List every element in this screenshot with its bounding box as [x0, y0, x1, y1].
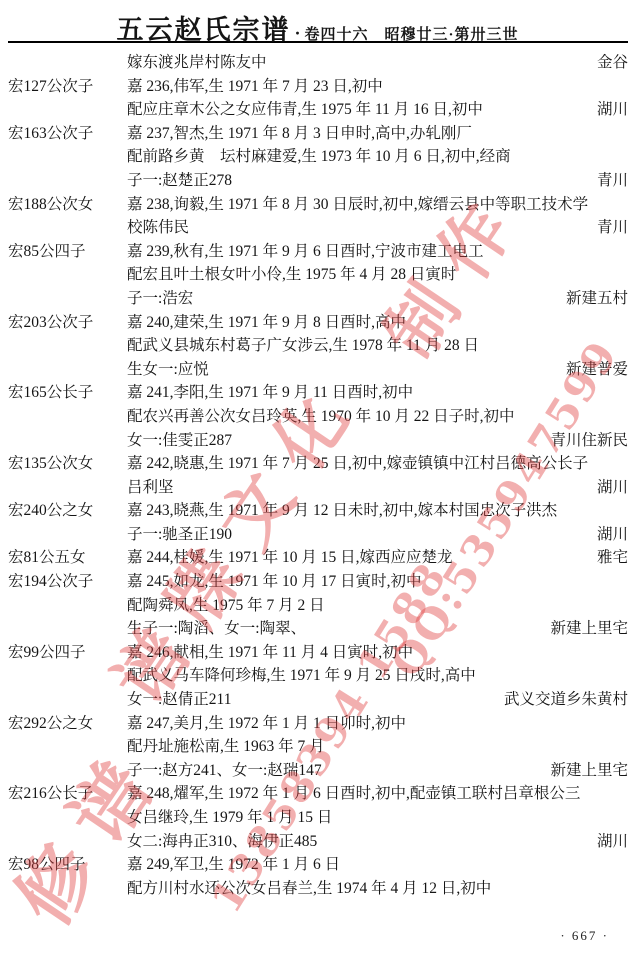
entry-row: 宏127公次子 嘉 236,伟军,生 1971 年 7 月 23 日,初中	[8, 75, 628, 99]
entry-row: 校陈伟民 青川	[8, 216, 628, 240]
residence-label: 金谷	[589, 51, 628, 75]
entry-row: 宏85公四子 嘉 239,秋有,生 1971 年 9 月 6 日酉时,宁波市建工…	[8, 240, 628, 264]
generation-label: 宏163公次子	[8, 122, 127, 146]
entry-row: 配武义县城东村葛子广女涉云,生 1978 年 11 月 28 日	[8, 334, 628, 358]
entry-text: 女一:佳雯正287	[127, 429, 232, 453]
volume-subtitle: 卷四十六 昭穆廿三·第卅三世	[305, 27, 519, 43]
generation-label: 宏194公次子	[8, 570, 127, 594]
entry-text: 生子一:陶滔、女一:陶翠、	[127, 617, 306, 641]
generation-label: 宏98公四子	[8, 853, 127, 877]
entry-row: 嫁东渡兆岸村陈友中 金谷	[8, 51, 628, 75]
entry-text: 配前路乡黄 坛村麻建爱,生 1973 年 10 月 6 日,初中,经商	[127, 145, 511, 169]
generation-label: 宏203公次子	[8, 311, 127, 335]
entry-text: 嘉 247,美月,生 1972 年 1 月 1 日卯时,初中	[127, 712, 406, 736]
entry-text: 配宏且叶土根女叶小伶,生 1975 年 4 月 28 日寅时	[127, 263, 456, 287]
entry-row: 宏188公次女 嘉 238,询毅,生 1971 年 8 月 30 日辰时,初中,…	[8, 193, 628, 217]
entry-row: 子一:赵方241、女一:赵瑞147 新建上里宅	[8, 759, 628, 783]
entry-row: 女一:佳雯正287 青川住新民	[8, 429, 628, 453]
entry-text: 嘉 242,晓惠,生 1971 年 7 月 25 日,初中,嫁壶镇镇中江村吕德高…	[127, 452, 588, 476]
residence-label: 青川	[589, 216, 628, 240]
entries-list: 嫁东渡兆岸村陈友中 金谷 宏127公次子 嘉 236,伟军,生 1971 年 7…	[8, 51, 628, 900]
entry-row: 配应庄章木公之女应伟青,生 1975 年 11 月 16 日,初中 湖川	[8, 98, 628, 122]
entry-text: 嘉 238,询毅,生 1971 年 8 月 30 日辰时,初中,嫁缙云县中等职工…	[127, 193, 588, 217]
entry-row: 配丹址施松南,生 1963 年 7 月	[8, 735, 628, 759]
generation-label: 宏240公之女	[8, 499, 127, 523]
residence-label: 新建上里宅	[542, 617, 628, 641]
residence-label: 新建普爱	[558, 358, 628, 382]
entry-text: 子一:赵楚正278	[127, 169, 232, 193]
entry-text: 嘉 236,伟军,生 1971 年 7 月 23 日,初中	[127, 75, 383, 99]
residence-label: 新建上里宅	[542, 759, 628, 783]
entry-row: 女一:赵倩正211 武义交道乡朱黄村	[8, 688, 628, 712]
entry-row: 宏292公之女 嘉 247,美月,生 1972 年 1 月 1 日卯时,初中	[8, 712, 628, 736]
residence-label: 武义交道乡朱黄村	[496, 688, 628, 712]
entry-text: 嘉 239,秋有,生 1971 年 9 月 6 日酉时,宁波市建工电工	[127, 240, 484, 264]
entry-row: 生女一:应悦 新建普爱	[8, 358, 628, 382]
page-number: · 667 ·	[560, 928, 609, 944]
entry-row: 子一:赵楚正278 青川	[8, 169, 628, 193]
generation-label: 宏216公长子	[8, 782, 127, 806]
entry-text: 配陶舜凤,生 1975 年 7 月 2 日	[127, 594, 325, 618]
genealogy-title: 五云赵氏宗谱	[116, 15, 290, 45]
entry-row: 子一:浩宏 新建五村	[8, 287, 628, 311]
entry-row: 配农兴再善公次女吕玲英,生 1970 年 10 月 22 日子时,初中	[8, 405, 628, 429]
residence-label: 湖川	[589, 98, 628, 122]
entry-text: 嘉 246,献相,生 1971 年 11 月 4 日寅时,初中	[127, 641, 413, 665]
generation-label: 宏135公次女	[8, 452, 127, 476]
entry-text: 嘉 241,李阳,生 1971 年 9 月 11 日酉时,初中	[127, 381, 413, 405]
residence-label: 雅宅	[589, 546, 628, 570]
entry-text: 嫁东渡兆岸村陈友中	[127, 51, 267, 75]
entry-row: 配方川村水还公次女吕春兰,生 1974 年 4 月 12 日,初中	[8, 877, 628, 901]
entry-row: 配宏且叶土根女叶小伶,生 1975 年 4 月 28 日寅时	[8, 263, 628, 287]
entry-row: 子一:驰圣正190 湖川	[8, 523, 628, 547]
entry-text: 嘉 243,晓燕,生 1971 年 9 月 12 日未时,初中,嫁本村国忠次子洪…	[127, 499, 557, 523]
residence-label: 青川	[589, 169, 628, 193]
entry-text: 子一:驰圣正190	[127, 523, 232, 547]
entry-text: 嘉 248,燿军,生 1972 年 1 月 6 日酉时,初中,配壶镇工联村吕章根…	[127, 782, 580, 806]
residence-label: 湖川	[589, 476, 628, 500]
entry-row: 宏165公长子 嘉 241,李阳,生 1971 年 9 月 11 日酉时,初中	[8, 381, 628, 405]
entry-row: 吕利坚 湖川	[8, 476, 628, 500]
generation-label: 宏81公五女	[8, 546, 127, 570]
residence-label: 青川住新民	[542, 429, 628, 453]
entry-text: 子一:浩宏	[127, 287, 193, 311]
title-separator: ·	[290, 23, 304, 43]
entry-text: 配武义县城东村葛子广女涉云,生 1978 年 11 月 28 日	[127, 334, 479, 358]
entry-text: 校陈伟民	[127, 216, 189, 240]
genealogy-page: 五云赵氏宗谱·卷四十六 昭穆廿三·第卅三世 嫁东渡兆岸村陈友中 金谷 宏127公…	[0, 0, 635, 968]
generation-label: 宏292公之女	[8, 712, 127, 736]
entry-row: 配陶舜凤,生 1975 年 7 月 2 日	[8, 594, 628, 618]
page-header: 五云赵氏宗谱·卷四十六 昭穆廿三·第卅三世	[0, 8, 635, 47]
entry-text: 嘉 245,如龙,生 1971 年 10 月 17 日寅时,初中	[127, 570, 422, 594]
entry-text: 嘉 244,桂媛,生 1971 年 10 月 15 日,嫁西应应楚龙	[127, 546, 453, 570]
entry-text: 嘉 249,军卫,生 1972 年 1 月 6 日	[127, 853, 340, 877]
entry-text: 配应庄章木公之女应伟青,生 1975 年 11 月 16 日,初中	[127, 98, 483, 122]
entry-text: 配丹址施松南,生 1963 年 7 月	[127, 735, 325, 759]
entry-text: 配农兴再善公次女吕玲英,生 1970 年 10 月 22 日子时,初中	[127, 405, 515, 429]
entry-row: 宏203公次子 嘉 240,建荣,生 1971 年 9 月 8 日酉时,高中	[8, 311, 628, 335]
generation-label: 宏85公四子	[8, 240, 127, 264]
entry-row: 生子一:陶滔、女一:陶翠、 新建上里宅	[8, 617, 628, 641]
entry-row: 女二:海冉正310、海伊正485 湖川	[8, 830, 628, 854]
residence-label: 湖川	[589, 830, 628, 854]
generation-label: 宏127公次子	[8, 75, 127, 99]
entry-text: 嘉 237,智杰,生 1971 年 8 月 3 日申时,高中,办轧刚厂	[127, 122, 472, 146]
entry-row: 宏81公五女 嘉 244,桂媛,生 1971 年 10 月 15 日,嫁西应应楚…	[8, 546, 628, 570]
entry-text: 配武义马车降何珍梅,生 1971 年 9 月 25 日戌时,高中	[127, 664, 476, 688]
generation-label: 宏99公四子	[8, 641, 127, 665]
entry-text: 生女一:应悦	[127, 358, 209, 382]
entry-row: 宏240公之女 嘉 243,晓燕,生 1971 年 9 月 12 日未时,初中,…	[8, 499, 628, 523]
entry-row: 宏135公次女 嘉 242,晓惠,生 1971 年 7 月 25 日,初中,嫁壶…	[8, 452, 628, 476]
residence-label: 湖川	[589, 523, 628, 547]
entry-row: 宏99公四子 嘉 246,献相,生 1971 年 11 月 4 日寅时,初中	[8, 641, 628, 665]
generation-label: 宏165公长子	[8, 381, 127, 405]
entry-text: 配方川村水还公次女吕春兰,生 1974 年 4 月 12 日,初中	[127, 877, 491, 901]
entry-text: 吕利坚	[127, 476, 174, 500]
entry-row: 配前路乡黄 坛村麻建爱,生 1973 年 10 月 6 日,初中,经商	[8, 145, 628, 169]
entry-text: 子一:赵方241、女一:赵瑞147	[127, 759, 322, 783]
entry-row: 宏216公长子 嘉 248,燿军,生 1972 年 1 月 6 日酉时,初中,配…	[8, 782, 628, 806]
entry-text: 女二:海冉正310、海伊正485	[127, 830, 317, 854]
entry-row: 宏163公次子 嘉 237,智杰,生 1971 年 8 月 3 日申时,高中,办…	[8, 122, 628, 146]
entry-text: 女一:赵倩正211	[127, 688, 231, 712]
residence-label: 新建五村	[558, 287, 628, 311]
generation-label: 宏188公次女	[8, 193, 127, 217]
entry-row: 配武义马车降何珍梅,生 1971 年 9 月 25 日戌时,高中	[8, 664, 628, 688]
entry-row: 女吕继玲,生 1979 年 1 月 15 日	[8, 806, 628, 830]
entry-text: 嘉 240,建荣,生 1971 年 9 月 8 日酉时,高中	[127, 311, 406, 335]
entry-row: 宏98公四子 嘉 249,军卫,生 1972 年 1 月 6 日	[8, 853, 628, 877]
entry-text: 女吕继玲,生 1979 年 1 月 15 日	[127, 806, 332, 830]
entry-row: 宏194公次子 嘉 245,如龙,生 1971 年 10 月 17 日寅时,初中	[8, 570, 628, 594]
